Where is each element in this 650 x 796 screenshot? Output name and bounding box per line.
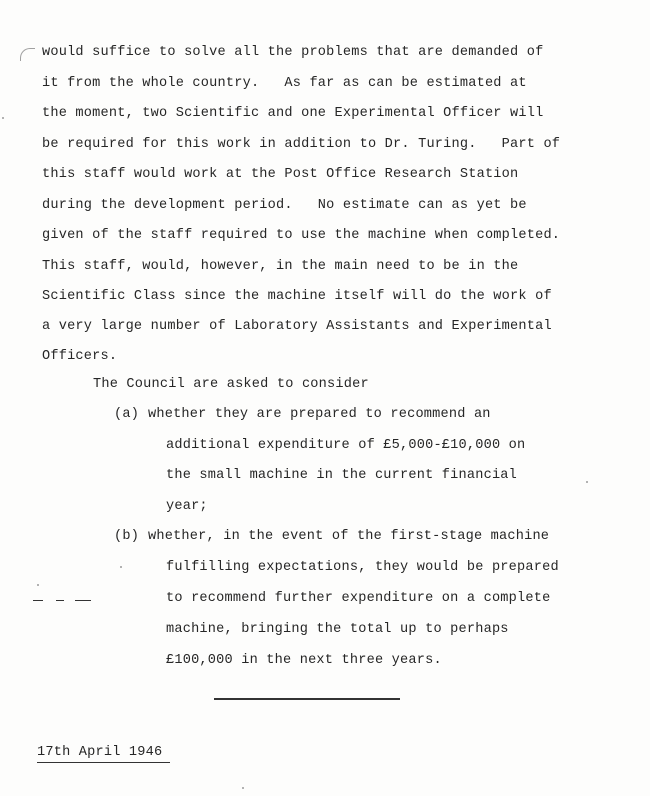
item-b-line: fulfilling expectations, they would be p… — [166, 559, 559, 577]
body-line: during the development period. No estima… — [42, 197, 527, 215]
margin-dash — [33, 600, 43, 601]
speck — [2, 117, 4, 119]
body-line: this staff would work at the Post Office… — [42, 166, 518, 184]
document-page: would suffice to solve all the problems … — [0, 0, 650, 796]
speck — [37, 584, 39, 586]
item-b-line: £100,000 in the next three years. — [166, 652, 442, 670]
item-a-line: the small machine in the current financi… — [166, 467, 517, 485]
body-line: be required for this work in addition to… — [42, 136, 560, 154]
council-intro: The Council are asked to consider — [93, 376, 369, 394]
body-line: it from the whole country. As far as can… — [42, 75, 527, 93]
body-line: the moment, two Scientific and one Exper… — [42, 105, 543, 123]
item-b-line: to recommend further expenditure on a co… — [166, 590, 550, 608]
margin-dash — [75, 600, 91, 601]
body-line: This staff, would, however, in the main … — [42, 258, 518, 276]
body-line: given of the staff required to use the m… — [42, 227, 560, 245]
item-a-line: additional expenditure of £5,000-£10,000… — [166, 437, 525, 455]
item-a-line: year; — [166, 498, 208, 516]
item-a-label: (a) — [114, 406, 139, 424]
body-line: Scientific Class since the machine itsel… — [42, 288, 552, 306]
closing-rule — [214, 698, 400, 700]
speck — [586, 481, 588, 483]
document-date: 17th April 1946 — [37, 744, 170, 763]
speck — [242, 787, 244, 789]
item-b-line: whether, in the event of the first-stage… — [148, 528, 549, 546]
margin-curl-mark — [20, 48, 35, 61]
margin-dash — [56, 600, 64, 601]
item-b-line: machine, bringing the total up to perhap… — [166, 621, 509, 639]
speck — [120, 566, 122, 568]
item-b-label: (b) — [114, 528, 139, 546]
body-line: a very large number of Laboratory Assist… — [42, 318, 552, 336]
item-a-line: whether they are prepared to recommend a… — [148, 406, 491, 424]
body-line: would suffice to solve all the problems … — [42, 44, 543, 62]
body-line: Officers. — [42, 348, 117, 366]
